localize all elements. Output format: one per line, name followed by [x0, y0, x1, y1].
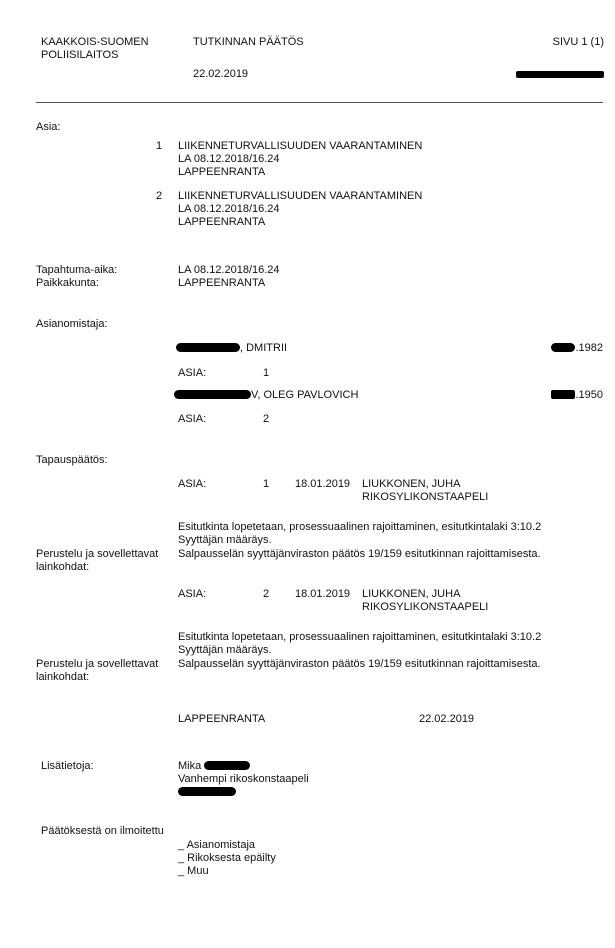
party-name-suffix: , DMITRII: [240, 342, 287, 354]
decision-2-date: 18.01.2019: [295, 588, 350, 601]
party-2-asia-number: 2: [263, 413, 269, 426]
decision-2-asia-label: ASIA:: [178, 588, 206, 601]
contact-first-name: Mika: [178, 760, 201, 772]
party-2-birthdate: .1950: [551, 389, 603, 402]
decision-2-asia-number: 2: [263, 588, 269, 601]
decision-1-text: Esitutkinta lopetetaan, prosessuaalinen …: [178, 521, 541, 547]
party-1-asia-number: 1: [263, 367, 269, 380]
decision-2-officer: LIUKKONEN, JUHA RIKOSYLIKONSTAAPELI: [362, 588, 488, 614]
signature-date: 22.02.2019: [419, 713, 474, 726]
party-2-asia-label: ASIA:: [178, 413, 206, 426]
asia-item-2: LIIKENNETURVALLISUUDEN VAARANTAMINEN LA …: [178, 190, 422, 229]
decision-2-text: Esitutkinta lopetetaan, prosessuaalinen …: [178, 631, 541, 657]
redacted-last-name: [204, 761, 250, 770]
decision-1-officer: LIUKKONEN, JUHA RIKOSYLIKONSTAAPELI: [362, 478, 488, 504]
signature-place: LAPPEENRANTA: [178, 713, 265, 726]
decision-1-date: 18.01.2019: [295, 478, 350, 491]
event-place-value: LAPPEENRANTA: [178, 277, 265, 290]
notified-option-asianomistaja: _ Asianomistaja: [178, 839, 276, 852]
notified-option-rikoksesta-epailty: _ Rikoksesta epäilty: [178, 852, 276, 865]
decision-1-asia-label: ASIA:: [178, 478, 206, 491]
decision-text-line-2: Syyttäjän määräys.: [178, 534, 541, 547]
decision-text-line-2: Syyttäjän määräys.: [178, 644, 541, 657]
party-2-name: V, OLEG PAVLOVICH: [174, 389, 358, 402]
asia-item-2-number: 2: [156, 190, 162, 203]
party-name-suffix: V, OLEG PAVLOVICH: [251, 389, 358, 401]
asia-item-1-number: 1: [156, 140, 162, 153]
asia-label: Asia:: [36, 121, 60, 134]
asia-item-place: LAPPEENRANTA: [178, 216, 422, 229]
grounds-label-line-1: Perustelu ja sovellettavat: [36, 658, 158, 671]
header-divider: [36, 102, 603, 103]
asianomistaja-label: Asianomistaja:: [36, 318, 108, 331]
party-1-birthdate: .1982: [551, 342, 603, 355]
document-date: 22.02.2019: [193, 68, 248, 81]
organization-name: KAAKKOIS-SUOMEN POLIISILAITOS: [41, 36, 149, 62]
asia-item-place: LAPPEENRANTA: [178, 166, 422, 179]
asia-item-offence: LIIKENNETURVALLISUUDEN VAARANTAMINEN: [178, 190, 422, 203]
redacted-birth: [551, 390, 575, 399]
contact-person: Mika Vanhempi rikoskonstaapeli: [178, 760, 309, 799]
decision-text-line-1: Esitutkinta lopetetaan, prosessuaalinen …: [178, 521, 541, 534]
officer-title: RIKOSYLIKONSTAAPELI: [362, 601, 488, 614]
officer-name: LIUKKONEN, JUHA: [362, 478, 488, 491]
officer-name: LIUKKONEN, JUHA: [362, 588, 488, 601]
lisatietoja-label: Lisätietoja:: [41, 760, 94, 773]
document-title: TUTKINNAN PÄÄTÖS: [193, 36, 304, 49]
decision-1-grounds-text: Salpausselän syyttäjänviraston päätös 19…: [178, 548, 541, 561]
officer-title: RIKOSYLIKONSTAAPELI: [362, 491, 488, 504]
page-number: SIVU 1 (1): [553, 36, 604, 49]
asia-item-offence: LIIKENNETURVALLISUUDEN VAARANTAMINEN: [178, 140, 422, 153]
asia-item-1: LIIKENNETURVALLISUUDEN VAARANTAMINEN LA …: [178, 140, 422, 179]
party-1-asia-label: ASIA:: [178, 367, 206, 380]
org-line-1: KAAKKOIS-SUOMEN: [41, 36, 149, 49]
notified-label: Päätöksestä on ilmoitettu: [41, 825, 164, 838]
document-number-redacted: [516, 68, 604, 81]
party-1-name: , DMITRII: [176, 342, 287, 355]
decision-2-grounds-label: Perustelu ja sovellettavat lainkohdat:: [36, 658, 158, 684]
grounds-label-line-1: Perustelu ja sovellettavat: [36, 548, 158, 561]
event-time-label: Tapahtuma-aika:: [36, 264, 117, 277]
event-place-label: Paikkakunta:: [36, 277, 99, 290]
birth-year: .1950: [575, 389, 603, 401]
tapauspaatos-label: Tapauspäätös:: [36, 454, 108, 467]
notified-options: _ Asianomistaja _ Rikoksesta epäilty _ M…: [178, 839, 276, 878]
contact-name: Mika: [178, 760, 309, 773]
notified-option-muu: _ Muu: [178, 865, 276, 878]
redacted-birth: [551, 343, 575, 352]
decision-1-grounds-label: Perustelu ja sovellettavat lainkohdat:: [36, 548, 158, 574]
decision-2-grounds-text: Salpausselän syyttäjänviraston päätös 19…: [178, 658, 541, 671]
decision-1-asia-number: 1: [263, 478, 269, 491]
contact-title: Vanhempi rikoskonstaapeli: [178, 773, 309, 786]
redacted-surname: [176, 343, 240, 352]
grounds-label-line-2: lainkohdat:: [36, 671, 158, 684]
grounds-label-line-2: lainkohdat:: [36, 561, 158, 574]
redacted-surname: [174, 390, 251, 399]
org-line-2: POLIISILAITOS: [41, 49, 149, 62]
contact-phone-redacted: [178, 786, 309, 799]
asia-item-time: LA 08.12.2018/16.24: [178, 153, 422, 166]
asia-item-time: LA 08.12.2018/16.24: [178, 203, 422, 216]
decision-text-line-1: Esitutkinta lopetetaan, prosessuaalinen …: [178, 631, 541, 644]
birth-year: .1982: [575, 342, 603, 354]
event-time-value: LA 08.12.2018/16.24: [178, 264, 280, 277]
